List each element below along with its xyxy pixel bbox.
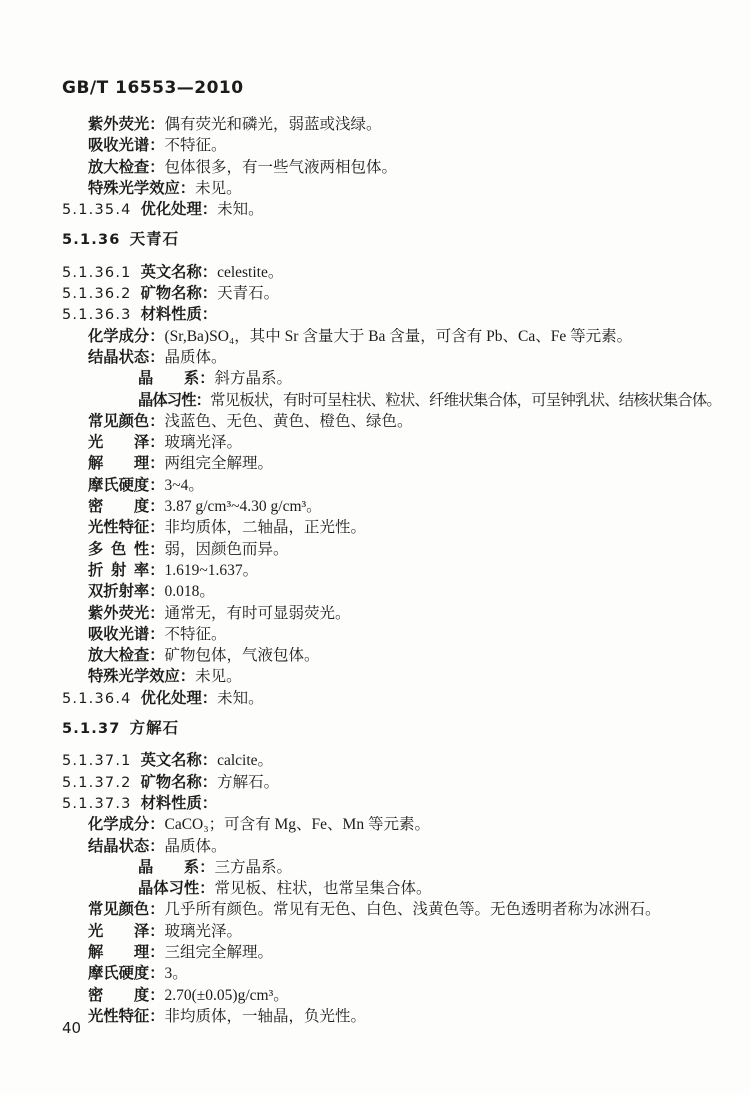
clause-label: 英文名称： [141, 751, 218, 769]
property-label: 摩氏硬度： [88, 476, 165, 494]
property-label: 常见颜色： [88, 412, 165, 430]
property-label: 放大检查： [88, 158, 165, 176]
section-number: 5.1.36 [62, 232, 121, 248]
clause-number: 5.1.37.1 [62, 753, 132, 769]
property-label: 光 泽： [88, 922, 165, 940]
property-value: 矿物包体，气液包体。 [165, 647, 320, 664]
clause-label: 矿物名称： [141, 284, 218, 302]
property-label: 解 理： [88, 943, 165, 961]
property-line: 晶 系：三方晶系。 [62, 857, 734, 878]
property-line: 摩氏硬度：3。 [62, 963, 734, 984]
property-line: 特殊光学效应：未见。 [62, 666, 734, 687]
property-value: 3~4。 [165, 477, 204, 494]
clause-heading: 5.1.36.2矿物名称：天青石。 [62, 283, 734, 304]
property-line: 双折射率：0.018。 [62, 581, 734, 602]
property-value: 0.018。 [165, 583, 215, 600]
property-line: 多 色 性：弱，因颜色而异。 [62, 539, 734, 560]
property-line: 放大检查：矿物包体，气液包体。 [62, 645, 734, 666]
property-line: 折 射 率：1.619~1.637。 [62, 560, 734, 581]
property-line: 光 泽：玻璃光泽。 [62, 921, 734, 942]
property-value: 两组完全解理。 [165, 455, 274, 472]
property-line: 吸收光谱：不特征。 [62, 135, 734, 156]
property-value: 2.70(±0.05)g/cm³。 [165, 987, 289, 1004]
property-label: 密 度： [88, 986, 165, 1004]
property-line: 摩氏硬度：3~4。 [62, 475, 734, 496]
property-label: 化学成分： [88, 815, 165, 833]
clause-value: 方解石。 [217, 774, 279, 791]
property-line: 光 泽：玻璃光泽。 [62, 432, 734, 453]
property-value: 斜方晶系。 [215, 370, 293, 387]
property-label: 光性特征： [88, 518, 165, 536]
property-value: 包体很多，有一些气液两相包体。 [165, 159, 398, 176]
section-title: 方解石 [130, 719, 180, 737]
clause-label: 材料性质： [141, 305, 218, 323]
property-value: 晶质体。 [165, 349, 227, 366]
property-value: 非均质体，一轴晶，负光性。 [165, 1008, 367, 1025]
property-value: 非均质体，二轴晶，正光性。 [165, 519, 367, 536]
property-label: 光 泽： [88, 433, 165, 451]
property-line: 常见颜色：几乎所有颜色。常见有无色、白色、浅黄色等。无色透明者称为冰洲石。 [62, 899, 734, 920]
property-label: 晶 系： [138, 369, 215, 387]
property-value: 不特征。 [165, 137, 227, 154]
property-value: 玻璃光泽。 [165, 434, 243, 451]
property-value: 未见。 [195, 180, 242, 197]
property-label: 结晶状态： [88, 348, 165, 366]
clause-number: 5.1.37.3 [62, 796, 132, 812]
property-label: 化学成分： [88, 327, 165, 345]
property-line: 结晶状态：晶质体。 [62, 347, 734, 368]
property-value: 偶有荧光和磷光，弱蓝或浅绿。 [165, 116, 382, 133]
property-value: 不特征。 [165, 626, 227, 643]
clause-value: 未知。 [217, 690, 264, 707]
property-value: 常见板状，有时可呈柱状、粒状、纤维状集合体，可呈钟乳状、结核状集合体。 [210, 392, 721, 409]
clause-label: 优化处理： [141, 689, 218, 707]
property-line: 常见颜色：浅蓝色、无色、黄色、橙色、绿色。 [62, 411, 734, 432]
clause-heading: 5.1.36.4优化处理：未知。 [62, 688, 734, 709]
property-label: 紫外荧光： [88, 604, 165, 622]
property-value: CaCO₃；可含有 Mg、Fe、Mn 等元素。 [165, 816, 430, 833]
property-label: 解 理： [88, 454, 165, 472]
section-heading: 5.1.37方解石 [62, 718, 734, 739]
clause-heading: 5.1.37.1英文名称：calcite。 [62, 750, 734, 771]
clause-label: 矿物名称： [141, 773, 218, 791]
standard-number: GB/T 16553—2010 [62, 78, 244, 98]
property-line: 光性特征：非均质体，二轴晶，正光性。 [62, 517, 734, 538]
property-value: (Sr,Ba)SO₄，其中 Sr 含量大于 Ba 含量，可含有 Pb、Ca、Fe… [165, 328, 633, 345]
property-value: 几乎所有颜色。常见有无色、白色、浅黄色等。无色透明者称为冰洲石。 [165, 901, 661, 918]
property-line: 放大检查：包体很多，有一些气液两相包体。 [62, 157, 734, 178]
clause-value: 未知。 [217, 201, 264, 218]
clause-value: calcite。 [217, 752, 273, 769]
property-label: 特殊光学效应： [88, 667, 195, 685]
property-label: 吸收光谱： [88, 625, 165, 643]
property-value: 玻璃光泽。 [165, 923, 243, 940]
clause-value: 天青石。 [217, 285, 279, 302]
property-label: 结晶状态： [88, 837, 165, 855]
property-line: 紫外荧光：通常无，有时可显弱荧光。 [62, 603, 734, 624]
property-line: 密 度：3.87 g/cm³~4.30 g/cm³。 [62, 496, 734, 517]
clause-heading: 5.1.36.1英文名称：celestite。 [62, 262, 734, 283]
clause-number: 5.1.35.4 [62, 202, 132, 218]
property-line: 吸收光谱：不特征。 [62, 624, 734, 645]
property-value: 浅蓝色、无色、黄色、橙色、绿色。 [165, 413, 413, 430]
property-line: 化学成分：CaCO₃；可含有 Mg、Fe、Mn 等元素。 [62, 814, 734, 835]
clause-number: 5.1.36.2 [62, 286, 132, 302]
property-label: 光性特征： [88, 1007, 165, 1025]
section-title: 天青石 [130, 230, 180, 248]
property-line: 晶体习性：常见板、柱状，也常呈集合体。 [62, 878, 734, 899]
property-line: 晶体习性：常见板状，有时可呈柱状、粒状、纤维状集合体，可呈钟乳状、结核状集合体。 [62, 390, 734, 411]
property-label: 晶体习性： [138, 879, 215, 897]
property-value: 3。 [165, 965, 188, 982]
property-value: 3.87 g/cm³~4.30 g/cm³。 [165, 498, 322, 515]
property-value: 晶质体。 [165, 838, 227, 855]
clause-heading: 5.1.35.4优化处理：未知。 [62, 199, 734, 220]
property-line: 紫外荧光：偶有荧光和磷光，弱蓝或浅绿。 [62, 114, 734, 135]
property-value: 三方晶系。 [215, 859, 293, 876]
property-label: 紫外荧光： [88, 115, 165, 133]
property-label: 密 度： [88, 497, 165, 515]
property-line: 晶 系：斜方晶系。 [62, 368, 734, 389]
property-line: 化学成分：(Sr,Ba)SO₄，其中 Sr 含量大于 Ba 含量，可含有 Pb、… [62, 326, 734, 347]
property-label: 晶体习性： [138, 391, 210, 409]
property-line: 特殊光学效应：未见。 [62, 178, 734, 199]
property-value: 未见。 [195, 668, 242, 685]
property-line: 解 理：两组完全解理。 [62, 453, 734, 474]
property-label: 吸收光谱： [88, 136, 165, 154]
clause-number: 5.1.36.3 [62, 307, 132, 323]
section-number: 5.1.37 [62, 721, 121, 737]
page-number: 40 [62, 1019, 81, 1037]
property-label: 多 色 性： [88, 540, 165, 558]
property-label: 折 射 率： [88, 561, 165, 579]
clause-heading: 5.1.37.2矿物名称：方解石。 [62, 772, 734, 793]
property-line: 结晶状态：晶质体。 [62, 836, 734, 857]
property-label: 特殊光学效应： [88, 179, 195, 197]
property-label: 晶 系： [138, 858, 215, 876]
clause-heading: 5.1.37.3材料性质： [62, 793, 734, 814]
property-label: 摩氏硬度： [88, 964, 165, 982]
document-body: 紫外荧光：偶有荧光和磷光，弱蓝或浅绿。吸收光谱：不特征。放大检查：包体很多，有一… [62, 114, 734, 1027]
property-value: 1.619~1.637。 [165, 562, 259, 579]
property-value: 常见板、柱状，也常呈集合体。 [215, 880, 432, 897]
clause-number: 5.1.36.4 [62, 691, 132, 707]
section-heading: 5.1.36天青石 [62, 229, 734, 250]
property-value: 通常无，有时可显弱荧光。 [165, 605, 351, 622]
clause-heading: 5.1.36.3材料性质： [62, 304, 734, 325]
property-line: 解 理：三组完全解理。 [62, 942, 734, 963]
property-label: 常见颜色： [88, 900, 165, 918]
property-value: 三组完全解理。 [165, 944, 274, 961]
clause-label: 英文名称： [141, 263, 218, 281]
clause-label: 优化处理： [141, 200, 218, 218]
clause-number: 5.1.36.1 [62, 265, 132, 281]
property-label: 双折射率： [88, 582, 165, 600]
clause-number: 5.1.37.2 [62, 775, 132, 791]
property-line: 光性特征：非均质体，一轴晶，负光性。 [62, 1006, 734, 1027]
property-value: 弱，因颜色而异。 [165, 541, 289, 558]
property-label: 放大检查： [88, 646, 165, 664]
document-page: GB/T 16553—2010 紫外荧光：偶有荧光和磷光，弱蓝或浅绿。吸收光谱：… [0, 0, 750, 1095]
clause-label: 材料性质： [141, 794, 218, 812]
property-line: 密 度：2.70(±0.05)g/cm³。 [62, 985, 734, 1006]
clause-value: celestite。 [217, 264, 283, 281]
